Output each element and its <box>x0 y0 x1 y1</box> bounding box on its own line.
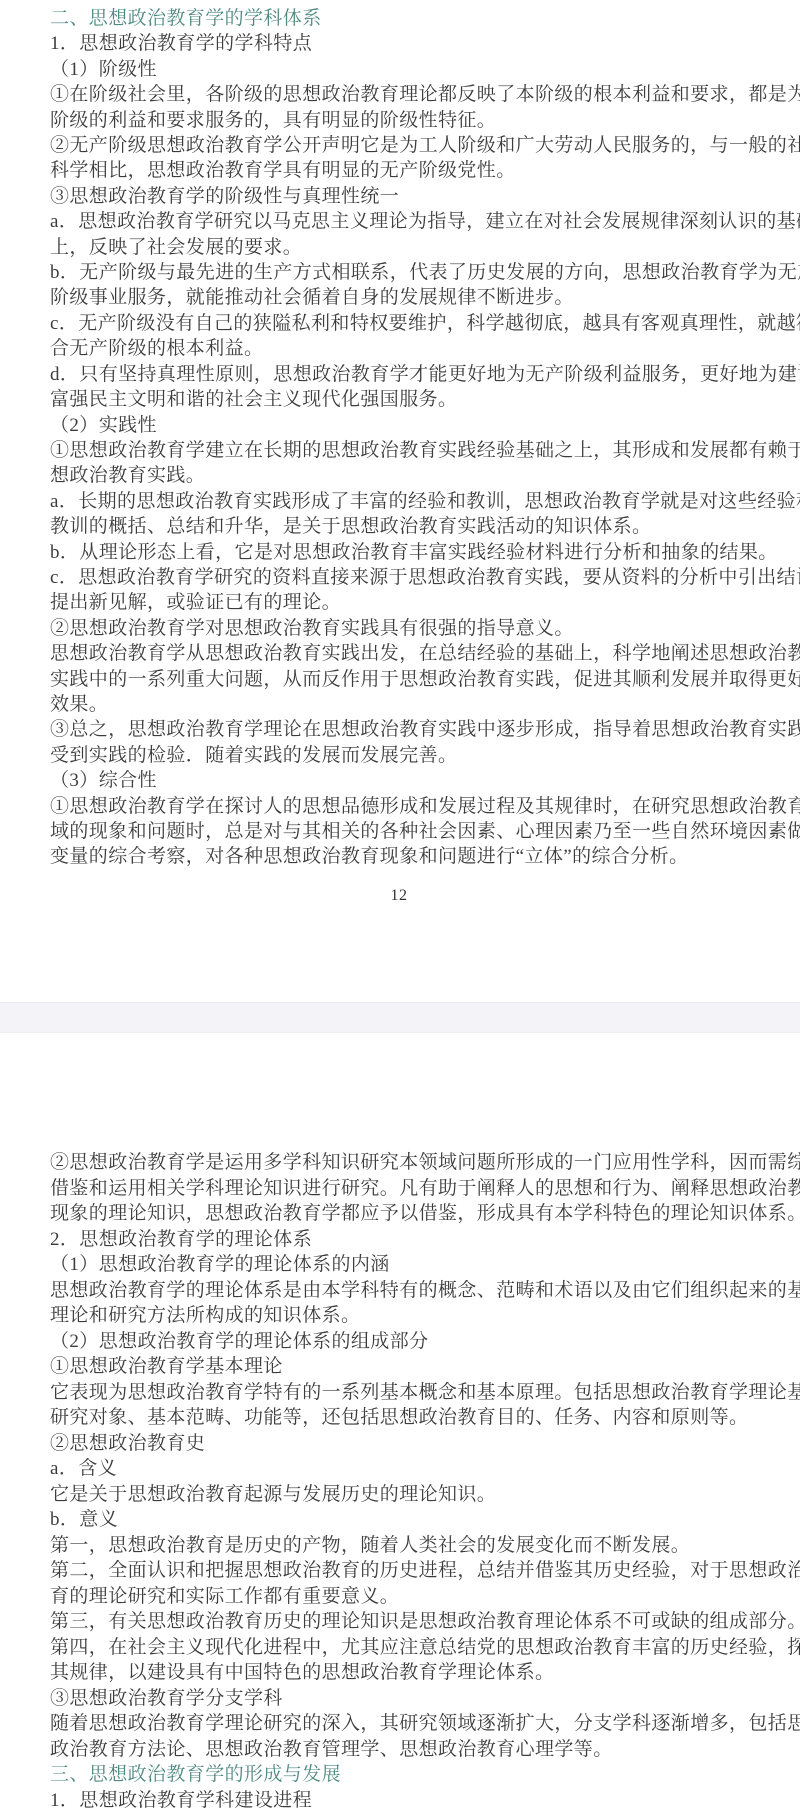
text-line: （3）综合性 <box>50 768 748 793</box>
text-line: 科学相比，思想政治教育学具有明显的无产阶级党性。 <box>50 158 748 183</box>
page-gap-divider <box>0 1002 800 1033</box>
text-line: 思想政治教育学从思想政治教育实践出发，在总结经验的基础上，科学地阐述思想政治教育 <box>50 641 748 666</box>
text-line: 上，反映了社会发展的要求。 <box>50 235 748 260</box>
text-line: c．无产阶级没有自己的狭隘私利和特权要维护，科学越彻底，越具有客观真理性，就越符 <box>50 311 748 336</box>
text-line: 提出新见解，或验证已有的理论。 <box>50 590 748 615</box>
document-viewer[interactable]: 二、思想政治教育学的学科体系1．思想政治教育学的学科特点（1）阶级性①在阶级社会… <box>0 0 800 1815</box>
text-line: 它是关于思想政治教育起源与发展历史的理论知识。 <box>50 1482 748 1508</box>
page-text-block: 二、思想政治教育学的学科体系1．思想政治教育学的学科特点（1）阶级性①在阶级社会… <box>50 6 748 870</box>
text-line: 随着思想政治教育学理论研究的深入，其研究领域逐渐扩大，分支学科逐渐增多，包括思想 <box>50 1711 748 1737</box>
text-line: ①思想政治教育学建立在长期的思想政治教育实践经验基础之上，其形成和发展都有赖于思 <box>50 438 748 463</box>
text-line: 阶级的利益和要求服务的，具有明显的阶级性特征。 <box>50 108 748 133</box>
text-line: ①在阶级社会里，各阶级的思想政治教育理论都反映了本阶级的根本利益和要求，都是为本 <box>50 82 748 107</box>
text-line: 受到实践的检验．随着实践的发展而发展完善。 <box>50 743 748 768</box>
text-line: 变量的综合考察，对各种思想政治教育现象和问题进行“立体”的综合分析。 <box>50 844 748 869</box>
text-line: 富强民主文明和谐的社会主义现代化强国服务。 <box>50 387 748 412</box>
text-line: ②无产阶级思想政治教育学公开声明它是为工人阶级和广大劳动人民服务的，与一般的社会 <box>50 133 748 158</box>
text-line: 它表现为思想政治教育学特有的一系列基本概念和基本原理。包括思想政治教育学理论基础… <box>50 1380 748 1406</box>
text-line: 1．思想政治教育学的学科特点 <box>50 31 748 56</box>
text-line: ①思想政治教育学基本理论 <box>50 1354 748 1380</box>
text-line: a．长期的思想政治教育实践形成了丰富的经验和教训，思想政治教育学就是对这些经验和 <box>50 489 748 514</box>
text-line: 政治教育方法论、思想政治教育管理学、思想政治教育心理学等。 <box>50 1737 748 1763</box>
text-line: 其规律，以建设具有中国特色的思想政治教育学理论体系。 <box>50 1660 748 1686</box>
text-line: 现象的理论知识，思想政治教育学都应予以借鉴，形成具有本学科特色的理论知识体系。 <box>50 1201 748 1227</box>
text-line: ③总之，思想政治教育学理论在思想政治教育实践中逐步形成，指导着思想政治教育实践并 <box>50 717 748 742</box>
text-line: 效果。 <box>50 692 748 717</box>
text-line: ②思想政治教育史 <box>50 1431 748 1457</box>
text-line: 第二，全面认识和把握思想政治教育的历史进程，总结并借鉴其历史经验，对于思想政治教 <box>50 1558 748 1584</box>
text-line: ③思想政治教育学分支学科 <box>50 1686 748 1712</box>
text-line: b．无产阶级与最先进的生产方式相联系，代表了历史发展的方向，思想政治教育学为无产 <box>50 260 748 285</box>
text-line: 合无产阶级的根本利益。 <box>50 336 748 361</box>
text-line: 域的现象和问题时，总是对与其相关的各种社会因素、心理因素乃至一些自然环境因素做多 <box>50 819 748 844</box>
text-line: 理论和研究方法所构成的知识体系。 <box>50 1303 748 1329</box>
text-line: 第四，在社会主义现代化进程中，尤其应注意总结党的思想政治教育丰富的历史经验，探寻 <box>50 1635 748 1661</box>
document-page-13: ②思想政治教育学是运用多学科知识研究本领域问题所形成的一门应用性学科，因而需综合… <box>0 1033 800 1815</box>
text-line: 教训的概括、总结和升华，是关于思想政治教育实践活动的知识体系。 <box>50 514 748 539</box>
text-line: （2）实践性 <box>50 413 748 438</box>
text-line: 实践中的一系列重大问题，从而反作用于思想政治教育实践，促进其顺利发展并取得更好的 <box>50 667 748 692</box>
text-line: 思想政治教育学的理论体系是由本学科特有的概念、范畴和术语以及由它们组织起来的基本 <box>50 1278 748 1304</box>
text-line: 研究对象、基本范畴、功能等，还包括思想政治教育目的、任务、内容和原则等。 <box>50 1405 748 1431</box>
text-line: 第三，有关思想政治教育历史的理论知识是思想政治教育理论体系不可或缺的组成部分。 <box>50 1609 748 1635</box>
text-line: 第一，思想政治教育是历史的产物，随着人类社会的发展变化而不断发展。 <box>50 1533 748 1559</box>
text-line: （1）思想政治教育学的理论体系的内涵 <box>50 1252 748 1278</box>
page-text-block: ②思想政治教育学是运用多学科知识研究本领域问题所形成的一门应用性学科，因而需综合… <box>50 1150 748 1813</box>
text-line: c．思想政治教育学研究的资料直接来源于思想政治教育实践，要从资料的分析中引出结论… <box>50 565 748 590</box>
text-line: ②思想政治教育学是运用多学科知识研究本领域问题所形成的一门应用性学科，因而需综合 <box>50 1150 748 1176</box>
text-line: （1）阶级性 <box>50 57 748 82</box>
text-line: d．只有坚持真理性原则，思想政治教育学才能更好地为无产阶级利益服务，更好地为建设 <box>50 362 748 387</box>
text-line: 借鉴和运用相关学科理论知识进行研究。凡有助于阐释人的思想和行为、阐释思想政治教育 <box>50 1176 748 1202</box>
text-line: ②思想政治教育学对思想政治教育实践具有很强的指导意义。 <box>50 616 748 641</box>
text-line: 2．思想政治教育学的理论体系 <box>50 1227 748 1253</box>
text-line: 阶级事业服务，就能推动社会循着自身的发展规律不断进步。 <box>50 285 748 310</box>
section-heading: 二、思想政治教育学的学科体系 <box>50 6 748 31</box>
text-line: ①思想政治教育学在探讨人的思想品德形成和发展过程及其规律时，在研究思想政治教育领 <box>50 794 748 819</box>
text-line: 育的理论研究和实际工作都有重要意义。 <box>50 1584 748 1610</box>
text-line: ③思想政治教育学的阶级性与真理性统一 <box>50 184 748 209</box>
text-line: a．含义 <box>50 1456 748 1482</box>
text-line: a．思想政治教育学研究以马克思主义理论为指导，建立在对社会发展规律深刻认识的基础 <box>50 209 748 234</box>
section-heading: 三、思想政治教育学的形成与发展 <box>50 1762 748 1788</box>
page-number: 12 <box>50 886 748 905</box>
text-line: （2）思想政治教育学的理论体系的组成部分 <box>50 1329 748 1355</box>
document-page-12: 二、思想政治教育学的学科体系1．思想政治教育学的学科特点（1）阶级性①在阶级社会… <box>0 0 800 1002</box>
text-line: 1．思想政治教育学科建设进程 <box>50 1788 748 1814</box>
text-line: 想政治教育实践。 <box>50 463 748 488</box>
text-line: b．意义 <box>50 1507 748 1533</box>
text-line: b．从理论形态上看，它是对思想政治教育丰富实践经验材料进行分析和抽象的结果。 <box>50 540 748 565</box>
